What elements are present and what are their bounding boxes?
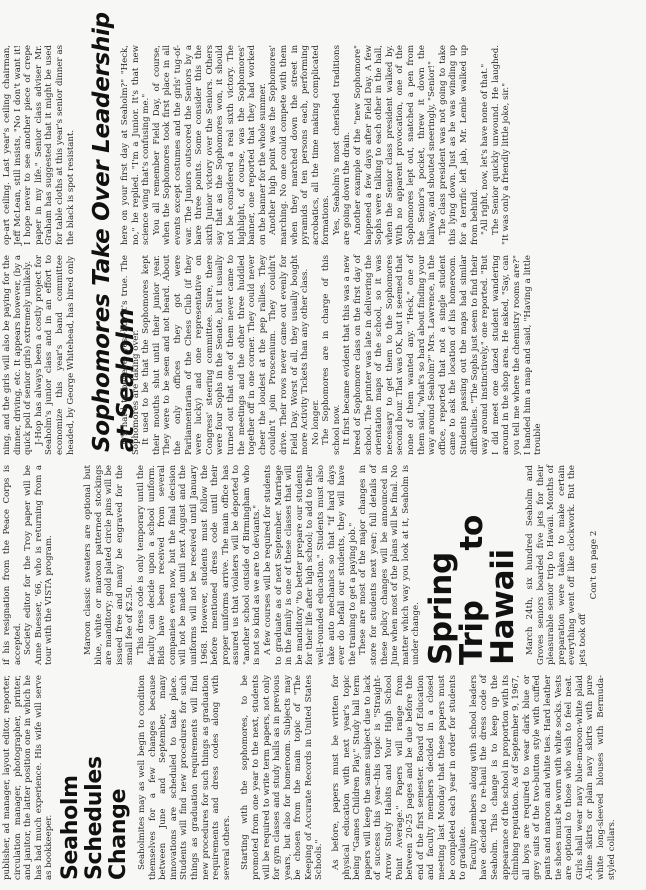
paragraph: As before, papers must be written for ph… (331, 675, 469, 880)
paragraph: You all remember Field Day, of course, w… (152, 45, 269, 245)
paragraph: This dress code is only temporary until … (136, 465, 263, 665)
headline-spring-trip: Spring Trip to Hawaii (426, 515, 519, 665)
paragraph: "All right, now, let's have none of that… (480, 45, 491, 245)
continued-note: Con't on page 2 (589, 465, 600, 665)
paragraph: No longer. (311, 255, 322, 455)
paragraph: It used to be that the Sophomores kept t… (141, 255, 311, 455)
paragraph: here on your first day at Seaholm?" "Hec… (120, 45, 152, 245)
paragraph: Faculty members along with school leader… (469, 675, 617, 880)
paragraph: Starting with the sophomores, to be prom… (240, 675, 325, 880)
paragraph: It first became evident that this was a … (342, 255, 543, 455)
column-1-lead: publisher, ad manager, layout editor, re… (2, 675, 55, 880)
column-4-body: here on your first day at Seaholm?" "Hec… (120, 45, 512, 245)
paragraph: if his resignation from the Peace Corps … (2, 465, 23, 665)
paragraph: These are most of the major changes in s… (358, 465, 422, 665)
paragraph: Seaholmites may as well begin to conditi… (137, 675, 232, 880)
column-1: publisher, ad manager, layout editor, re… (2, 675, 617, 880)
paragraph: March 24th, six hundred Seaholm and Grov… (525, 465, 589, 665)
column-3: ning, and the girls will also be paying … (2, 255, 76, 455)
paragraph: J-Hop has always been a costly project f… (34, 255, 76, 455)
headline-schedules-change: Seaholm Schedules Change (59, 675, 131, 880)
paragraph: Maroon classic sweaters are optional but… (83, 465, 136, 665)
paragraph: A few courses will be required for stude… (263, 465, 358, 665)
paragraph: ning, and the girls will also be paying … (2, 255, 34, 455)
paragraph: op-art ceiling. Last year's ceiling chai… (2, 45, 76, 245)
column-2: if his resignation from the Peace Corps … (2, 465, 599, 665)
column-3-body: It's hard to believe, yes--but it's true… (120, 255, 544, 455)
newspaper-page: publisher, ad manager, layout editor, re… (0, 0, 646, 890)
paragraph: The Sophomores are in charge of this sch… (321, 255, 342, 455)
paragraph: Another high point was the Sophomores' m… (268, 45, 332, 245)
paragraph: Another example of the "new Sophomore" h… (353, 45, 438, 245)
paragraph: Society editor for the Troy paper will b… (23, 465, 55, 665)
column-4: op-art ceiling. Last year's ceiling chai… (2, 45, 76, 245)
paragraph: It's hard to believe, yes--but it's true… (120, 255, 141, 455)
paragraph: Yes, Seaholm's most cherished traditions… (332, 45, 353, 245)
paragraph: The class president was not going to tak… (438, 45, 480, 245)
paragraph: The Senior quickly unwound. He laughed. … (491, 45, 512, 245)
